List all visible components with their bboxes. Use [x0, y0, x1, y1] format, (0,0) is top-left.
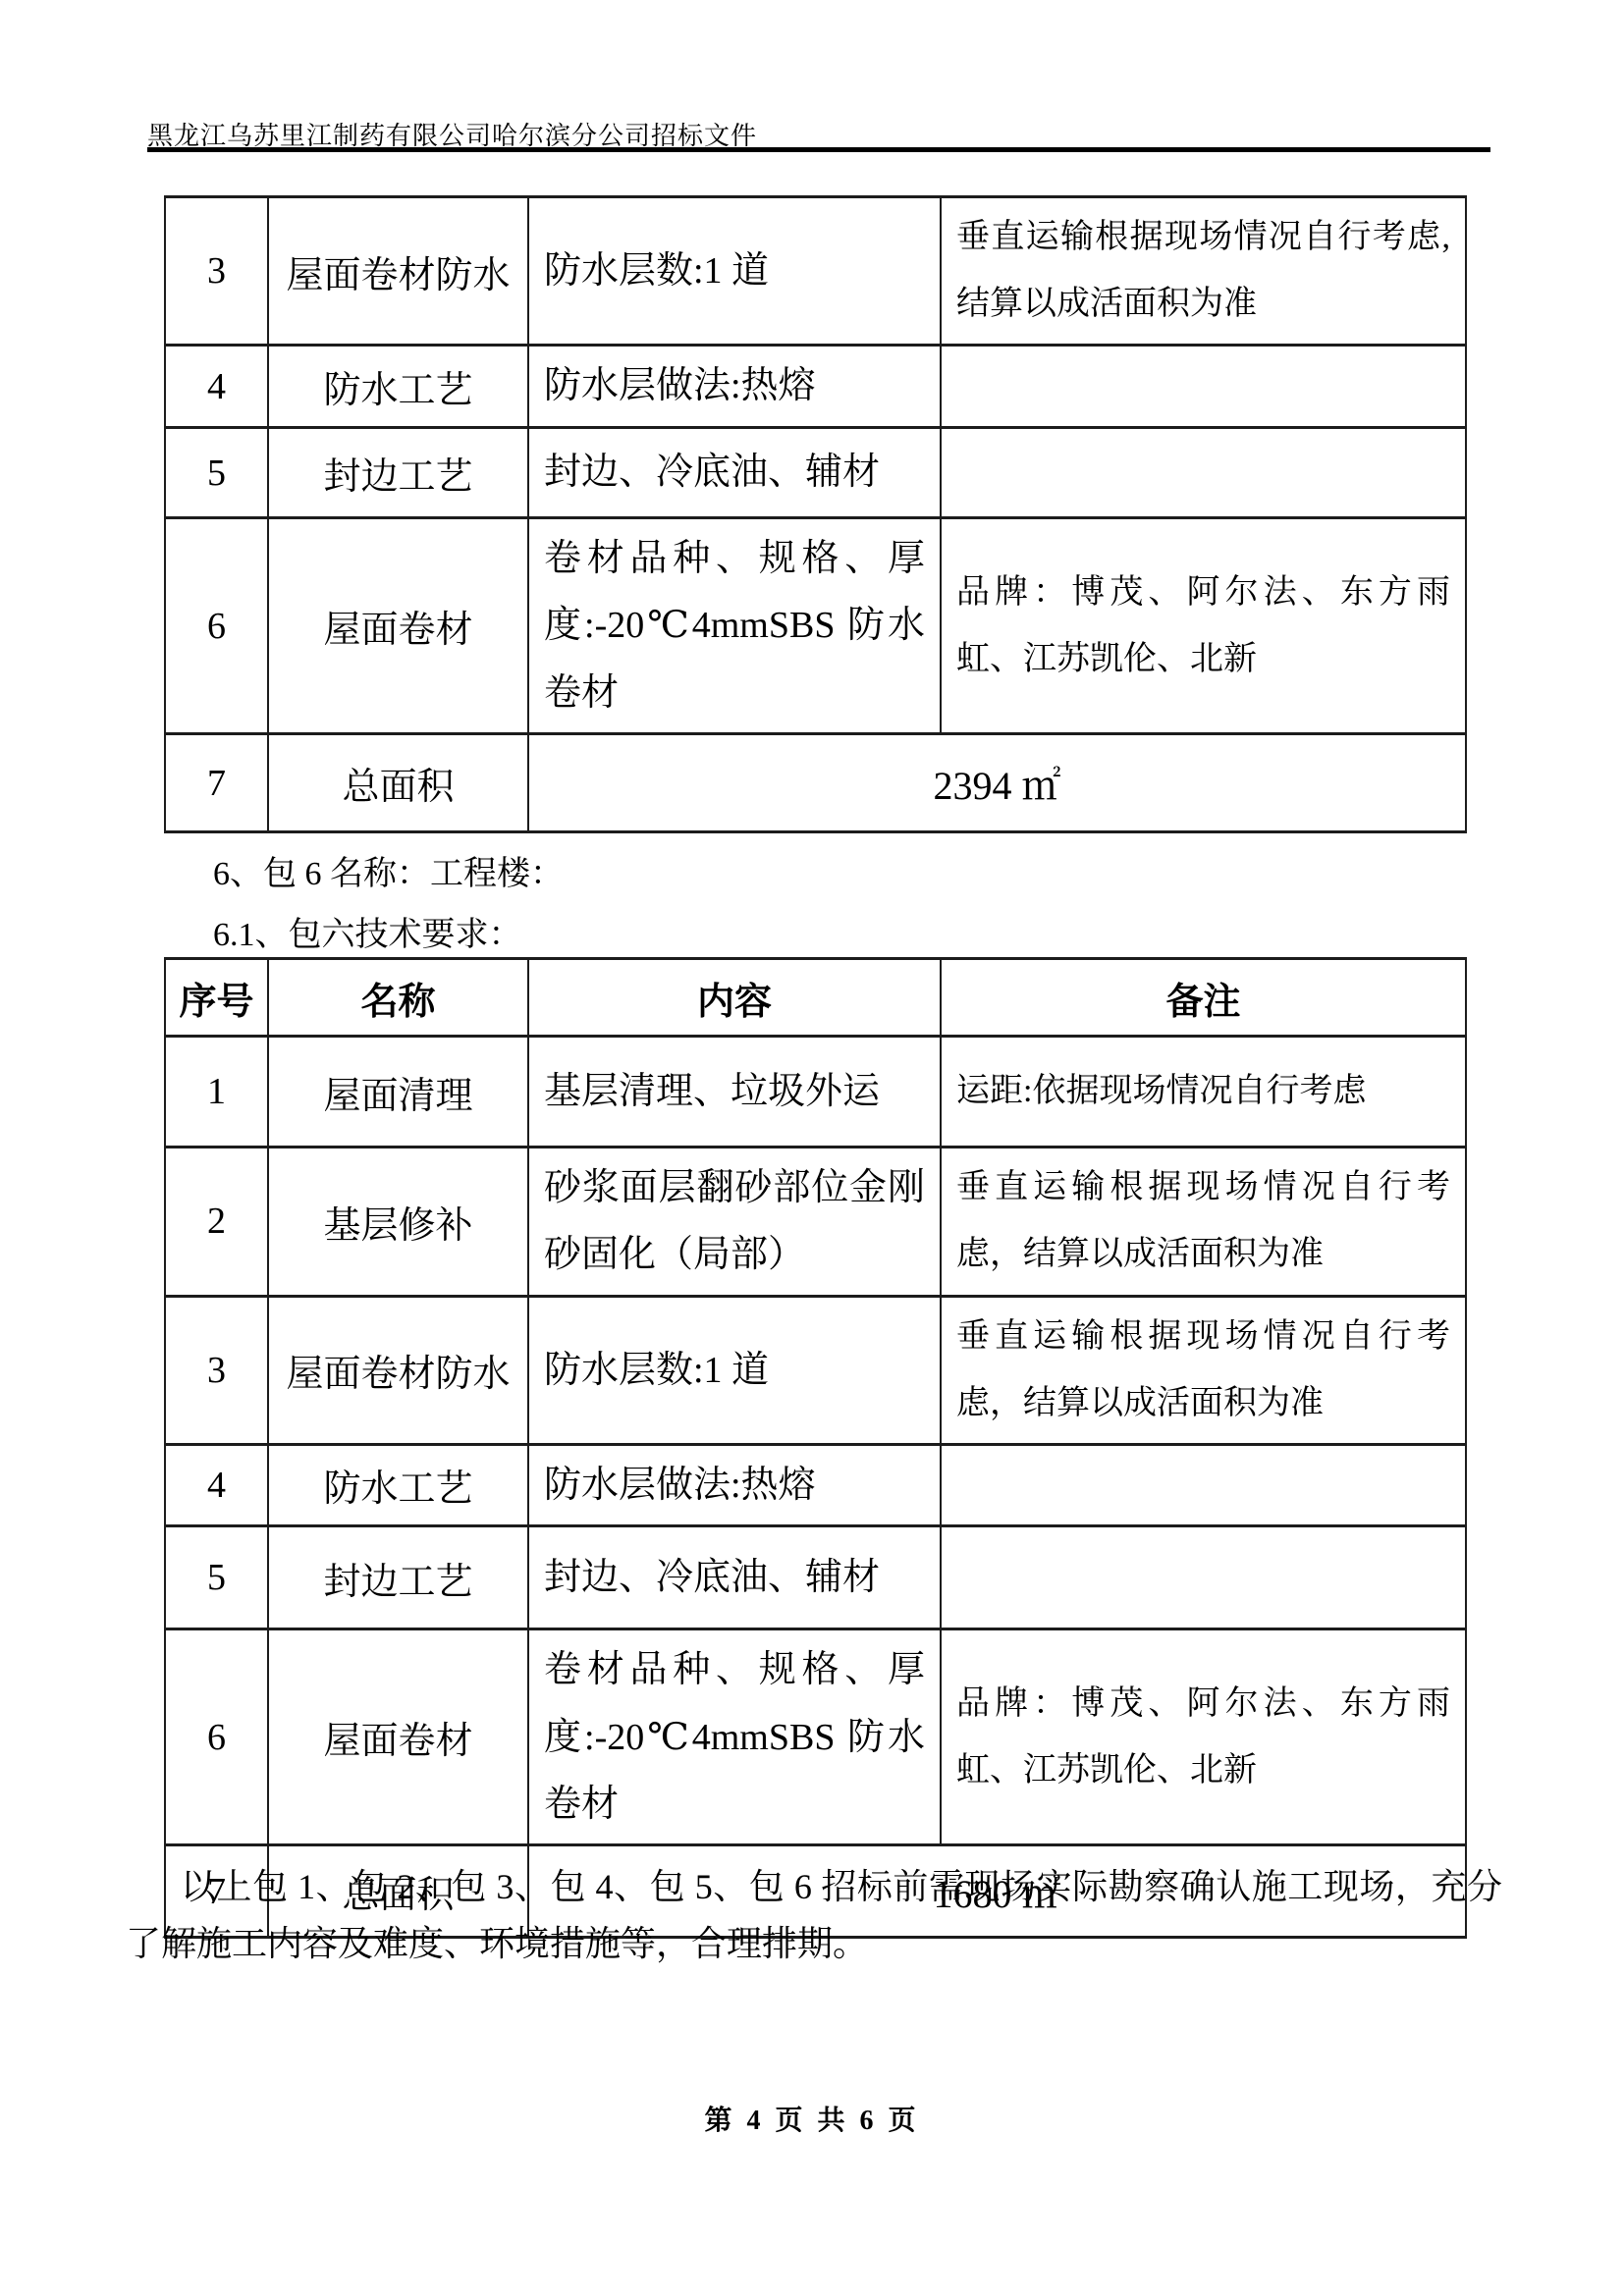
- cell-remark: 垂直运输根据现场情况自行考虑, 结算以成活面积为准: [941, 197, 1466, 346]
- cell-content: 砂浆面层翻砂部位金刚砂固化（局部）: [528, 1148, 941, 1297]
- cell-name: 屋面卷材防水: [268, 197, 528, 346]
- header-divider: [147, 147, 1490, 152]
- table-row: 1 屋面清理 基层清理、垃圾外运 运距:依据现场情况自行考虑: [165, 1037, 1466, 1148]
- cell-remark: 垂直运输根据现场情况自行考虑，结算以成活面积为准: [941, 1296, 1466, 1444]
- cell-name: 封边工艺: [268, 428, 528, 518]
- cell-remark: 垂直运输根据现场情况自行考虑，结算以成活面积为准: [941, 1148, 1466, 1297]
- table-row: 4 防水工艺 防水层做法:热熔: [165, 346, 1466, 428]
- document-page: 黑龙江乌苏里江制药有限公司哈尔滨分公司招标文件 3 屋面卷材防水 防水层数:1 …: [0, 0, 1624, 2296]
- table-row: 5 封边工艺 封边、冷底油、辅材: [165, 428, 1466, 518]
- cell-seq: 2: [165, 1148, 268, 1297]
- cell-content: 卷材品种、规格、厚度:-20℃4mmSBS 防水卷材: [528, 518, 941, 734]
- cell-remark: 品牌：博茂、阿尔法、东方雨虹、江苏凯伦、北新: [941, 518, 1466, 734]
- cell-total-area: 2394 ㎡: [528, 734, 1466, 832]
- cell-seq: 6: [165, 518, 268, 734]
- cell-remark: [941, 1526, 1466, 1629]
- cell-seq: 4: [165, 1444, 268, 1525]
- table-row: 6 屋面卷材 卷材品种、规格、厚度:-20℃4mmSBS 防水卷材 品牌：博茂、…: [165, 1629, 1466, 1845]
- table-row: 3 屋面卷材防水 防水层数:1 道 垂直运输根据现场情况自行考虑, 结算以成活面…: [165, 197, 1466, 346]
- package6-subtitle: 6.1、包六技术要求：: [213, 907, 522, 955]
- cell-remark: [941, 428, 1466, 518]
- package5-requirements-table-continued: 3 屋面卷材防水 防水层数:1 道 垂直运输根据现场情况自行考虑, 结算以成活面…: [164, 195, 1467, 833]
- table-row: 2 基层修补 砂浆面层翻砂部位金刚砂固化（局部） 垂直运输根据现场情况自行考虑，…: [165, 1148, 1466, 1297]
- header-name: 名称: [268, 959, 528, 1037]
- cell-seq: 4: [165, 346, 268, 428]
- closing-paragraph: 以上包 1、包 2、包 3、包 4、包 5、包 6 招标前需现场实际勘察确认施工…: [126, 1858, 1502, 1973]
- cell-remark: [941, 346, 1466, 428]
- cell-name: 防水工艺: [268, 346, 528, 428]
- cell-name: 屋面卷材: [268, 518, 528, 734]
- table-row: 5 封边工艺 封边、冷底油、辅材: [165, 1526, 1466, 1629]
- cell-content: 封边、冷底油、辅材: [528, 1526, 941, 1629]
- cell-seq: 6: [165, 1629, 268, 1845]
- cell-seq: 3: [165, 197, 268, 346]
- cell-remark: [941, 1444, 1466, 1525]
- cell-content: 防水层数:1 道: [528, 197, 941, 346]
- cell-content: 防水层数:1 道: [528, 1296, 941, 1444]
- cell-name: 屋面卷材防水: [268, 1296, 528, 1444]
- cell-seq: 3: [165, 1296, 268, 1444]
- cell-remark: 运距:依据现场情况自行考虑: [941, 1037, 1466, 1148]
- table-row: 4 防水工艺 防水层做法:热熔: [165, 1444, 1466, 1525]
- table-row: 3 屋面卷材防水 防水层数:1 道 垂直运输根据现场情况自行考虑，结算以成活面积…: [165, 1296, 1466, 1444]
- cell-name: 总面积: [268, 734, 528, 832]
- header-seq: 序号: [165, 959, 268, 1037]
- package6-title: 6、包 6 名称：工程楼：: [213, 846, 564, 894]
- cell-name: 防水工艺: [268, 1444, 528, 1525]
- cell-name: 基层修补: [268, 1148, 528, 1297]
- cell-remark: 品牌：博茂、阿尔法、东方雨虹、江苏凯伦、北新: [941, 1629, 1466, 1845]
- header-content: 内容: [528, 959, 941, 1037]
- cell-seq: 5: [165, 428, 268, 518]
- cell-name: 封边工艺: [268, 1526, 528, 1629]
- page-number-footer: 第 4 页 共 6 页: [0, 2099, 1624, 2138]
- table-row: 6 屋面卷材 卷材品种、规格、厚度:-20℃4mmSBS 防水卷材 品牌：博茂、…: [165, 518, 1466, 734]
- cell-content: 基层清理、垃圾外运: [528, 1037, 941, 1148]
- cell-content: 封边、冷底油、辅材: [528, 428, 941, 518]
- table-row: 7 总面积 2394 ㎡: [165, 734, 1466, 832]
- table-header-row: 序号 名称 内容 备注: [165, 959, 1466, 1037]
- cell-name: 屋面清理: [268, 1037, 528, 1148]
- package6-requirements-table: 序号 名称 内容 备注 1 屋面清理 基层清理、垃圾外运 运距:依据现场情况自行…: [164, 957, 1467, 1939]
- cell-seq: 7: [165, 734, 268, 832]
- cell-name: 屋面卷材: [268, 1629, 528, 1845]
- cell-content: 防水层做法:热熔: [528, 1444, 941, 1525]
- cell-content: 防水层做法:热熔: [528, 346, 941, 428]
- cell-content: 卷材品种、规格、厚度:-20℃4mmSBS 防水卷材: [528, 1629, 941, 1845]
- header-remark: 备注: [941, 959, 1466, 1037]
- cell-seq: 5: [165, 1526, 268, 1629]
- cell-seq: 1: [165, 1037, 268, 1148]
